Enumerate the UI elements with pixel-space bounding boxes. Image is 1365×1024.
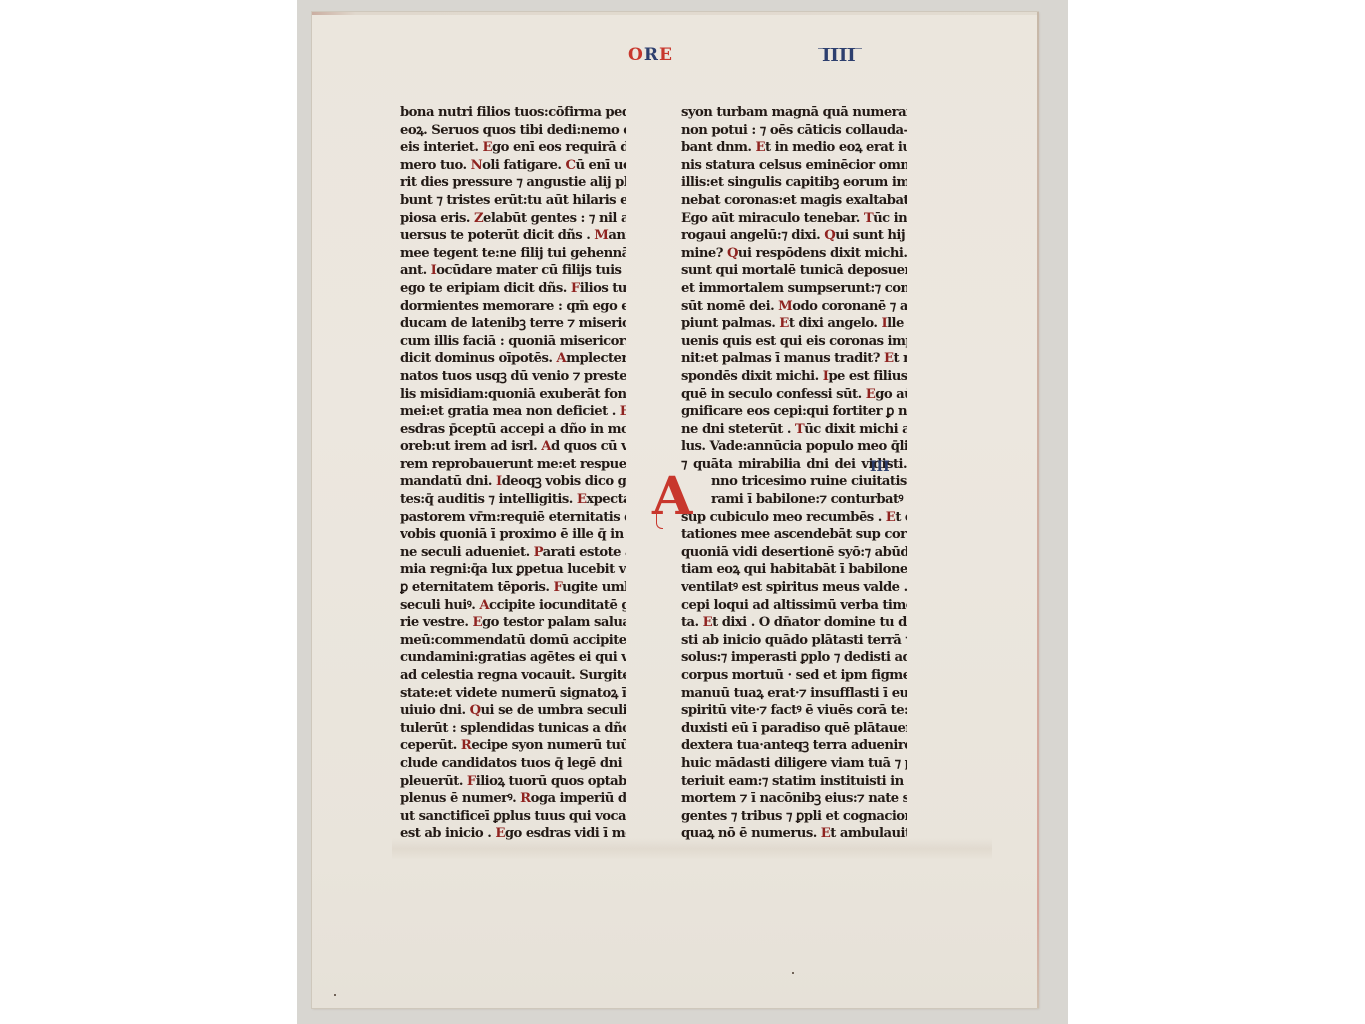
running-head-left: ORE <box>628 45 673 65</box>
text-line: quē in seculo confessi sūt. Ego aūt ma- <box>681 386 907 404</box>
rubricated-capital: E <box>821 826 831 841</box>
text-line: seculi huiꝰ. Accipite iocunditatē glo- <box>400 597 626 615</box>
text-line: gnificare eos cepi:qui fortiter ꝑ nomi- <box>681 403 907 421</box>
text-line: nit:et palmas ī manus tradit? Et re- <box>681 350 907 368</box>
rubricated-capital: A <box>541 439 551 454</box>
text-line: nis statura celsus eminēcior omnibꝫ <box>681 157 907 175</box>
text-line: pleuerūt. Filioꝝ tuorū quos optabas <box>400 773 626 791</box>
text-line: gentes ⁊ tribus ⁊ ꝑpli et cognaciones <box>681 808 907 826</box>
text-line: quoniā vidi desertionē syō:⁊ abūdan- <box>681 544 907 562</box>
text-line: quaꝝ nō ē numerus. Et ambulauit <box>681 825 907 843</box>
text-line: syon turbam magnā quā numerare <box>681 104 907 122</box>
text-line: ne seculi adueniet. Parati estote ad pre… <box>400 544 626 562</box>
rubricated-capital: E <box>884 351 894 366</box>
text-line: ne dni steterūt . Tūc dixit michi ange- <box>681 421 907 439</box>
text-line: lus. Vade:annūcia populo meo q̄lia <box>681 438 907 456</box>
text-line: dicit dominus oīpotēs. Amplectere <box>400 350 626 368</box>
text-line: ut sanctificeī ꝑplus tuus qui vocatus <box>400 808 626 826</box>
text-line: ceperūt. Recipe syon numerū tuū:⁊ con- <box>400 737 626 755</box>
text-line: mandatū dni. Ideoqꝫ vobis dico gen- <box>400 473 626 491</box>
rubricated-capital: E <box>703 615 713 630</box>
running-head-letter: R <box>644 45 659 65</box>
rubricated-capital: Q <box>824 228 835 243</box>
text-line: lis misīdiam:quoniā exuberāt fonteſ <box>400 386 626 404</box>
text-line: ad celestia regna vocauit. Surgite et <box>400 667 626 685</box>
text-line: tes:q̄ auditis ⁊ intelligitis. Expectate <box>400 491 626 509</box>
text-line: meū:commendatū domū accipite et io- <box>400 632 626 650</box>
rubricated-capital: E <box>620 404 626 419</box>
text-line: sunt qui mortalē tunicā deposuerunt: <box>681 262 907 280</box>
rubricated-capital: P <box>534 545 543 560</box>
rubricated-capital: N <box>471 158 483 173</box>
text-line: mortem ⁊ ī nacōnibꝫ eius:⁊ nate sūt <box>681 790 907 808</box>
chapter-number-marker: III <box>870 459 890 475</box>
rubricated-capital: E <box>756 140 766 155</box>
rubricated-capital: E <box>482 140 492 155</box>
rubricated-capital: I <box>496 474 502 489</box>
text-line: uiuio dni. Qui se de umbra seculi trās- <box>400 702 626 720</box>
rubricated-capital: E <box>886 510 896 525</box>
text-line: duxisti eū ī paradiso quē plātauerat <box>681 720 907 738</box>
text-line: spiritū vite·⁊ factꝰ ē viuēs corā te:et … <box>681 702 907 720</box>
text-line: mine? Qui respōdens dixit michi. Hij <box>681 245 907 263</box>
rubricated-capital: M <box>778 299 792 314</box>
text-line: spondēs dixit michi. Ipe est filius dei: <box>681 368 907 386</box>
text-line: bant dnm. Et in medio eoꝝ erat iuue- <box>681 139 907 157</box>
text-line: cum illis faciā : quoniā misericors sū <box>400 333 626 351</box>
text-line: clude candidatos tuos q̄ legē dni com- <box>400 755 626 773</box>
rubricated-capital: E <box>472 615 482 630</box>
rubricated-capital: E <box>577 492 587 507</box>
text-line: esdras p̄ceptū accepi a dño in monte <box>400 421 626 439</box>
text-line: huic mādasti diligere viam tuā ⁊ pre- <box>681 755 907 773</box>
text-line: ant. Iocūdare mater cū filijs tuis : q̄a <box>400 262 626 280</box>
text-line: sti ab inicio quādo plātasti terrā ⁊ hoc <box>681 632 907 650</box>
text-line: illis:et singulis capitibꝫ eorum impo- <box>681 174 907 192</box>
rubricated-capital: Q <box>470 703 481 718</box>
rubricated-capital: I <box>431 263 437 278</box>
text-line: nebat coronas:et magis exaltabatur. <box>681 192 907 210</box>
rubricated-capital: M <box>594 228 608 243</box>
text-line: tulerūt : splendidas tunicas a dño ac- <box>400 720 626 738</box>
rubricated-capital: Q <box>727 246 738 261</box>
text-line: cepi loqui ad altissimū verba timora- <box>681 597 907 615</box>
text-line: tationes mee ascendebāt sup cor meū: <box>681 526 907 544</box>
text-line: vobis quoniā ī proximo ē ille q̄ in fi- <box>400 526 626 544</box>
text-line: teriuit eam:⁊ statim instituisti in eum <box>681 773 907 791</box>
text-line: solus:⁊ imperasti ꝑplo ⁊ dedisti adam <box>681 649 907 667</box>
rubricated-capital: C <box>565 158 575 173</box>
parchment-speck <box>334 994 336 996</box>
rubricated-capital: F <box>467 774 476 789</box>
text-line: manuū tuaꝝ erat·⁊ insufflasti ī eum <box>681 685 907 703</box>
rubricated-capital: A <box>479 598 489 613</box>
text-line: ventilatꝰ est spiritus meus valde . Et <box>681 579 907 597</box>
rubricated-capital: E <box>866 387 876 402</box>
text-line: natos tuos usqꝫ dū venio ⁊ prestem il- <box>400 368 626 386</box>
rubricated-capital: E <box>495 826 505 841</box>
text-column-left: bona nutri filios tuos:cōfirma pedeseoꝝ.… <box>400 104 626 843</box>
text-line: eoꝝ. Seruos quos tibi dedi:nemo ex <box>400 122 626 140</box>
text-line: mee tegent te:ne filij tui gehennā vide- <box>400 245 626 263</box>
text-line: ducam de latenibꝫ terre ⁊ misericordiā <box>400 315 626 333</box>
text-line: mero tuo. Noli fatigare. Cū enī uene- <box>400 157 626 175</box>
text-line: dextera tua·anteqꝫ terra adueniret. Et <box>681 737 907 755</box>
rubricated-capital: R <box>461 738 471 753</box>
text-line: piosa eris. Zelabūt gentes : ⁊ nil ad- <box>400 210 626 228</box>
parchment-speck <box>792 972 794 974</box>
text-line: rami ī babilone:⁊ conturbatꝰ sum <box>681 491 907 509</box>
text-line: rem reprobauerunt me:et respuerunt <box>400 456 626 474</box>
text-line: eis interiet. Ego enī eos requirā de nu- <box>400 139 626 157</box>
text-line: uenis quis est qui eis coronas impo- <box>681 333 907 351</box>
text-line: corpus mortuū · sed et ipm figmentū <box>681 667 907 685</box>
running-head-letter: O <box>628 45 644 65</box>
rubricated-capital: I <box>881 316 887 331</box>
text-line: cundamini:gratias agētes ei qui voſ <box>400 649 626 667</box>
text-line: oreb:ut irem ad isrl. Ad quos cū veni- <box>400 438 626 456</box>
text-line: rit dies pressure ⁊ angustie alij plora- <box>400 174 626 192</box>
text-line: nno tricesimo ruine ciuitatis e- <box>681 473 907 491</box>
rubricated-capital: E <box>779 316 789 331</box>
text-line: bona nutri filios tuos:cōfirma pedes <box>400 104 626 122</box>
text-line: ego te eripiam dicit dñs. Filios tuos <box>400 280 626 298</box>
text-line: Ego aūt miraculo tenebar. Tūc inter- <box>681 210 907 228</box>
running-head-right: IIII <box>822 45 856 66</box>
rubricated-capital: R <box>520 791 530 806</box>
text-line: ꝑ eternitatem tēporis. Fugite umbrā <box>400 579 626 597</box>
text-line: state:et videte numerū signatoꝝ ī con- <box>400 685 626 703</box>
text-line: rogaui angelū:⁊ dixi. Qui sunt hij do- <box>681 227 907 245</box>
drop-capital-initial: A <box>652 472 686 526</box>
rubricated-capital: Z <box>474 211 483 226</box>
rubricated-capital: F <box>571 281 580 296</box>
rubricated-capital: I <box>823 369 829 384</box>
running-head-letter: E <box>659 45 673 65</box>
text-line: mei:et gratia mea non deficiet . Ego <box>400 403 626 421</box>
text-line: uersus te poterūt dicit dñs . Manus <box>400 227 626 245</box>
rubricated-capital: A <box>556 351 566 366</box>
text-line: mia regni:q̄a lux ꝑpetua lucebit vobiſ <box>400 561 626 579</box>
text-line: sup cubiculo meo recumbēs . Et cogi- <box>681 509 907 527</box>
text-line: dormientes memorare : qm̄ ego eos e- <box>400 298 626 316</box>
text-line: rie vestre. Ego testor palam saluatorē <box>400 614 626 632</box>
text-line: non potui : ⁊ oēs cāticis collauda- <box>681 122 907 140</box>
rubricated-capital: T <box>864 211 873 226</box>
text-line: piunt palmas. Et dixi angelo. Ille iu- <box>681 315 907 333</box>
rubricated-capital: T <box>795 422 804 437</box>
text-line: plenus ē numerꝰ. Roga imperiū dni: <box>400 790 626 808</box>
text-line: ta. Et dixi . O dn̄ator domine tu dixi- <box>681 614 907 632</box>
text-line: tiam eoꝝ qui habitabāt ī babilone. Et <box>681 561 907 579</box>
text-line: pastorem vr̄m:requiē eternitatis dabit <box>400 509 626 527</box>
text-line: et immortalem sumpserunt:⁊ confessi <box>681 280 907 298</box>
text-line: bunt ⁊ tristes erūt:tu aūt hilaris et co… <box>400 192 626 210</box>
text-line: sūt nomē dei. Modo coronanē ⁊ acci- <box>681 298 907 316</box>
rubricated-capital: F <box>554 580 563 595</box>
text-line: est ab inicio . Ego esdras vidi ī mōte <box>400 825 626 843</box>
